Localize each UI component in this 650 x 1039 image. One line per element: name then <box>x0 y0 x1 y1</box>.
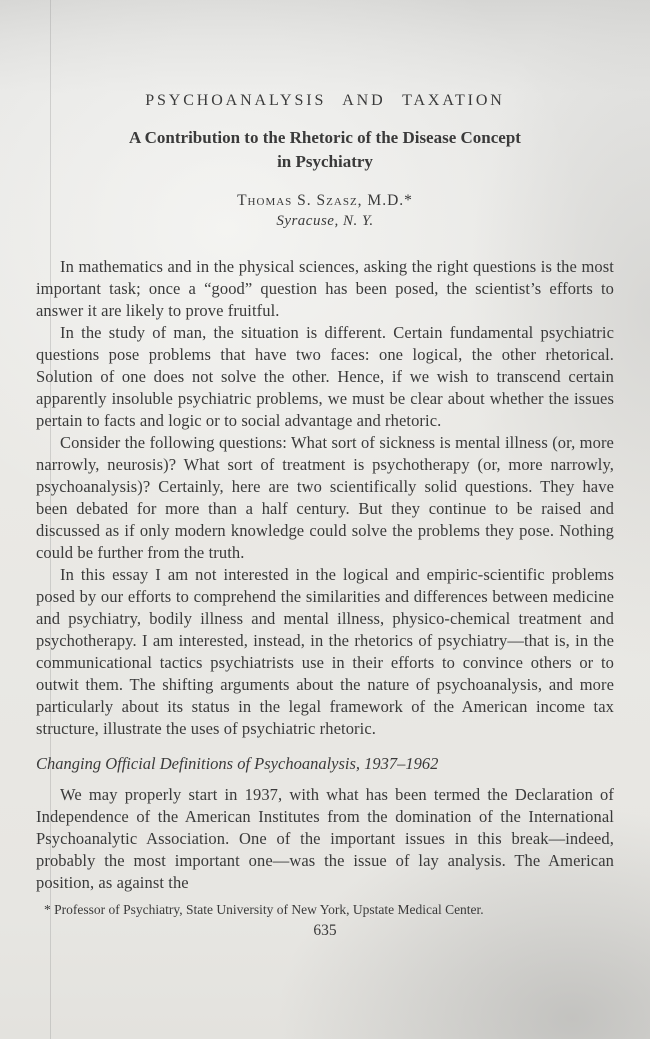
author-name: Thomas S. Szasz, M.D.* <box>36 192 614 210</box>
page-content: PSYCHOANALYSIS AND TAXATION A Contributi… <box>0 0 650 940</box>
footnote: * Professor of Psychiatry, State Univers… <box>36 901 614 919</box>
paragraph: In this essay I am not interested in the… <box>36 564 614 740</box>
article-subtitle: A Contribution to the Rhetoric of the Di… <box>36 126 614 174</box>
page-number: 635 <box>36 922 614 940</box>
article-title: PSYCHOANALYSIS AND TAXATION <box>36 92 614 110</box>
paragraph: In the study of man, the situation is di… <box>36 322 614 432</box>
section-heading: Changing Official Definitions of Psychoa… <box>36 753 614 775</box>
subtitle-line-2: in Psychiatry <box>277 152 373 171</box>
paragraph: Consider the following questions: What s… <box>36 432 614 564</box>
paragraph: We may properly start in 1937, with what… <box>36 784 614 894</box>
scanned-journal-page: PSYCHOANALYSIS AND TAXATION A Contributi… <box>0 0 650 1039</box>
subtitle-line-1: A Contribution to the Rhetoric of the Di… <box>129 128 521 147</box>
article-body: In mathematics and in the physical scien… <box>36 256 614 894</box>
author-affiliation: Syracuse, N. Y. <box>36 213 614 230</box>
paragraph: In mathematics and in the physical scien… <box>36 256 614 322</box>
